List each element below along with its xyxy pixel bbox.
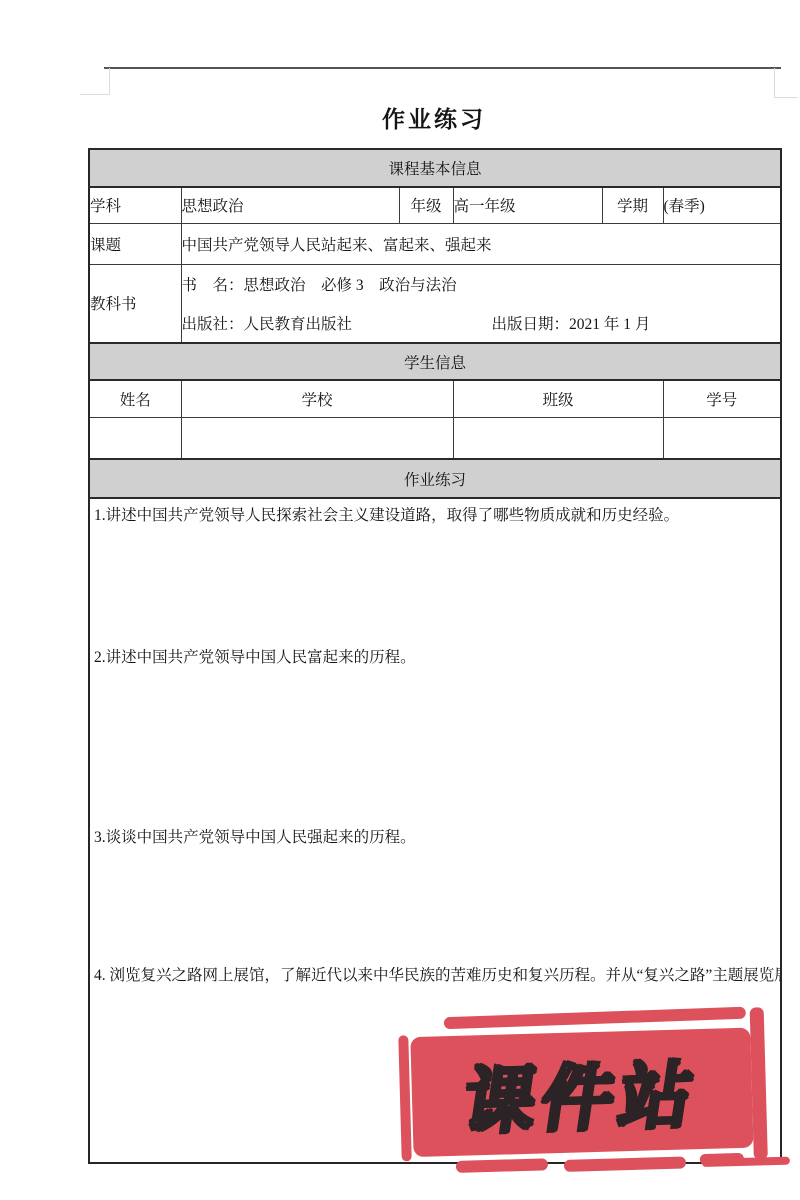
margin-mark-left [109,68,110,95]
topic-value: 中国共产党领导人民站起来、富起来、强起来 [181,223,781,264]
publish-date-value: 出版日期：2021 年 1 月 [492,312,651,334]
topic-label: 课题 [89,223,181,264]
textbook-row: 教科书 书 名：思想政治 必修 3 政治与法治 出版社：人民教育出版社 出版日期… [89,264,781,343]
margin-mark-right [774,97,798,98]
page-header-rule [104,67,781,69]
stamp-text: 课件站 [457,1037,706,1148]
student-col-class: 班级 [453,380,663,417]
term-label: 学期 [602,187,663,223]
stamp-frame-stroke [456,1158,548,1173]
section-header-row-homework: 作业练习 [89,459,781,498]
homework-question-3: 3.谈谈中国共产党领导中国人民强起来的历程。 [94,827,774,849]
subject-value: 思想政治 [181,187,399,223]
course-info-header: 课程基本信息 [89,149,781,187]
student-col-id: 学号 [663,380,781,417]
grade-label: 年级 [399,187,453,223]
student-id-cell [663,417,781,459]
document-page: 作业练习 课程基本信息 学科 思想政治 年级 高一年级 学期 (春季) 课题 中… [0,0,800,1200]
student-school-cell [181,417,453,459]
margin-mark-left [80,94,110,95]
page-title: 作业练习 [88,101,780,134]
kejianzhan-watermark-stamp: 课件站 [398,1005,793,1186]
textbook-value: 书 名：思想政治 必修 3 政治与法治 出版社：人民教育出版社 出版日期：202… [181,264,781,343]
student-info-header: 学生信息 [89,343,781,380]
student-name-cell [89,417,181,459]
margin-mark-right [774,68,775,98]
stamp-frame-stroke [564,1156,686,1171]
textbook-label: 教科书 [89,264,181,343]
student-col-school: 学校 [181,380,453,417]
stamp-frame-stroke [398,1035,412,1161]
topic-row: 课题 中国共产党领导人民站起来、富起来、强起来 [89,223,781,264]
course-row: 学科 思想政治 年级 高一年级 学期 (春季) [89,187,781,223]
textbook-publisher-line: 出版社：人民教育出版社 出版日期：2021 年 1 月 [182,312,781,334]
publisher-value: 出版社：人民教育出版社 [182,312,492,334]
stamp-red-plate: 课件站 [410,1028,753,1157]
student-columns-row: 姓名 学校 班级 学号 [89,380,781,417]
stamp-frame-stroke [702,1157,790,1167]
homework-question-4: 4. 浏览复兴之路网上展馆，了解近代以来中华民族的苦难历史和复兴历程。并从“复兴… [94,965,774,987]
term-value: (春季) [663,187,781,223]
student-class-cell [453,417,663,459]
homework-question-1: 1.讲述中国共产党领导人民探索社会主义建设道路，取得了哪些物质成就和历史经验。 [94,505,774,527]
grade-value: 高一年级 [453,187,602,223]
section-header-row-student-info: 学生信息 [89,343,781,380]
textbook-name-line: 书 名：思想政治 必修 3 政治与法治 [182,273,781,295]
subject-label: 学科 [89,187,181,223]
homework-question-2: 2.讲述中国共产党领导中国人民富起来的历程。 [94,647,774,669]
student-blank-row [89,417,781,459]
student-col-name: 姓名 [89,380,181,417]
homework-header: 作业练习 [89,459,781,498]
section-header-row-course-info: 课程基本信息 [89,149,781,187]
